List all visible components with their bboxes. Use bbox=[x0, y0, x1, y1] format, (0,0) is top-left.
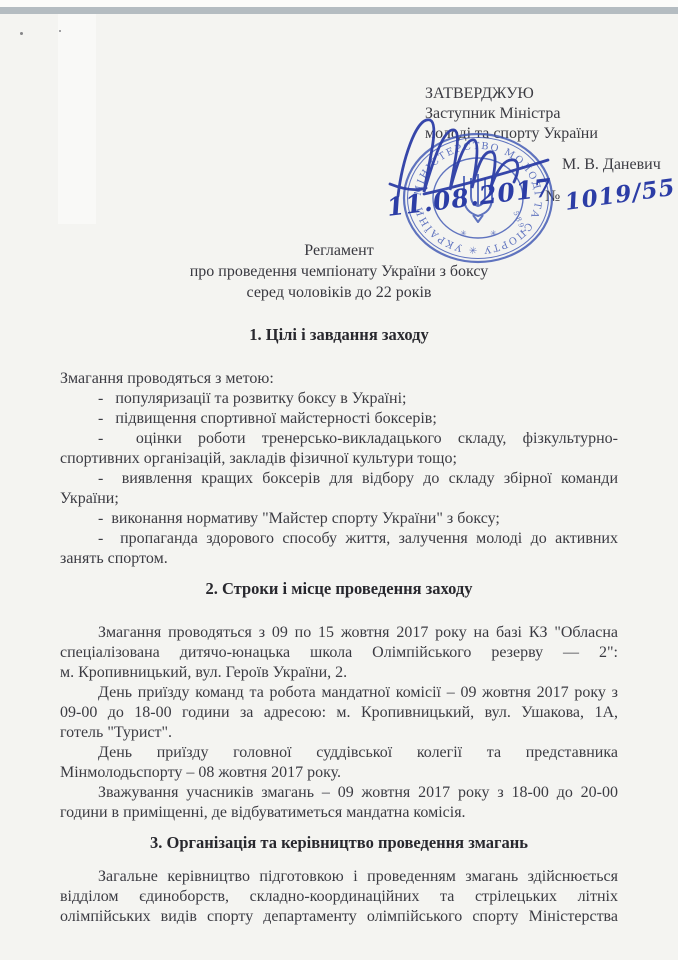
paragraph: Змагання проводяться з метою: bbox=[60, 369, 618, 389]
staple-speck bbox=[59, 30, 61, 32]
paragraph: - оцінки роботи тренерсько-викладацького… bbox=[60, 429, 618, 469]
text-line: - виявлення кращих боксерів для відбору … bbox=[60, 469, 618, 489]
text-line: - пропаганда здорового способу життя, за… bbox=[60, 529, 618, 549]
title-line: про проведення чемпіонату України з бокс… bbox=[60, 261, 618, 282]
paragraph: Зважування учасників змагань – 09 жовтня… bbox=[60, 783, 618, 823]
text-line: години в приміщенні, де відбуватиметься … bbox=[60, 803, 618, 823]
paragraph: - пропаганда здорового способу життя, за… bbox=[60, 529, 618, 569]
paragraph: Загальне керівництво підготовкою і прове… bbox=[60, 867, 618, 927]
scan-edge-gray-band bbox=[0, 7, 678, 14]
section-body: Змагання проводяться з метою:- популяриз… bbox=[60, 369, 618, 569]
stamp-separator-asterisk: ✳ bbox=[460, 229, 467, 238]
paragraph: Змагання проводяться з 09 по 15 жовтня 2… bbox=[60, 623, 618, 683]
section-body: Загальне керівництво підготовкою і прове… bbox=[60, 867, 618, 927]
text-line: занять спортом. bbox=[60, 549, 618, 569]
text-line: готель "Турист". bbox=[60, 723, 618, 743]
text-line: День приїзду головної суддівської колегі… bbox=[60, 743, 618, 763]
section-heading: 1. Цілі і завдання заходу bbox=[60, 325, 618, 345]
paragraph: - виявлення кращих боксерів для відбору … bbox=[60, 469, 618, 509]
title-line: Регламент bbox=[60, 240, 618, 261]
text-line: Мінмолодьспорту – 08 жовтня 2017 року. bbox=[60, 763, 618, 783]
document-section: 2. Строки і місце проведення заходу Змаг… bbox=[60, 579, 618, 823]
paragraph: - підвищення спортивної майстерності бок… bbox=[60, 409, 618, 429]
paragraph: - виконання нормативу "Майстер спорту Ук… bbox=[60, 509, 618, 529]
text-line: відділом єдиноборств, складно-координаці… bbox=[60, 887, 618, 907]
text-line: спортивних організацій, закладів фізично… bbox=[60, 449, 618, 469]
text-line: - оцінки роботи тренерсько-викладацького… bbox=[60, 429, 618, 449]
document-section: 1. Цілі і завдання заходу Змагання прово… bbox=[60, 325, 618, 569]
document-section: 3. Організація та керівництво проведення… bbox=[60, 833, 618, 927]
text-line: Змагання проводяться з 09 по 15 жовтня 2… bbox=[60, 623, 618, 643]
text-line: - популяризації та розвитку боксу в Укра… bbox=[60, 389, 618, 409]
text-line: 09-00 до 18-00 години за адресою: м. Кро… bbox=[60, 703, 618, 723]
scan-light-strip bbox=[58, 14, 96, 224]
staple-speck bbox=[20, 32, 23, 35]
paragraph: День приїзду головної суддівської колегі… bbox=[60, 743, 618, 783]
section-heading: 2. Строки і місце проведення заходу bbox=[60, 579, 618, 599]
section-body: Змагання проводяться з 09 по 15 жовтня 2… bbox=[60, 623, 618, 823]
handwritten-number: 1019/55 bbox=[563, 174, 677, 216]
stamp-separator-asterisk: ✳ bbox=[490, 229, 497, 238]
paragraph: День приїзду команд та робота мандатної … bbox=[60, 683, 618, 743]
text-line: Змагання проводяться з метою: bbox=[60, 369, 618, 389]
signature-ink: 11.08.2017 1019/55 bbox=[380, 100, 678, 230]
text-line: День приїзду команд та робота мандатної … bbox=[60, 683, 618, 703]
text-line: - виконання нормативу "Майстер спорту Ук… bbox=[60, 509, 618, 529]
section-heading: 3. Організація та керівництво проведення… bbox=[60, 833, 618, 853]
paragraph: - популяризації та розвитку боксу в Укра… bbox=[60, 389, 618, 409]
text-line: м. Кропивницький, вул. Героїв України, 2… bbox=[60, 663, 618, 683]
text-line: Загальне керівництво підготовкою і прове… bbox=[60, 867, 618, 887]
text-line: - підвищення спортивної майстерності бок… bbox=[60, 409, 618, 429]
document-body: Регламент про проведення чемпіонату Укра… bbox=[60, 240, 618, 927]
scan-edge-white bbox=[0, 0, 678, 7]
document-title: Регламент про проведення чемпіонату Укра… bbox=[60, 240, 618, 303]
text-line: України; bbox=[60, 489, 618, 509]
sections-container: 1. Цілі і завдання заходу Змагання прово… bbox=[60, 325, 618, 927]
text-line: спеціалізована дитячо-юнацька школа Олім… bbox=[60, 643, 618, 663]
text-line: Зважування учасників змагань – 09 жовтня… bbox=[60, 783, 618, 803]
text-line: олімпійських видів спорту департаменту о… bbox=[60, 907, 618, 927]
title-line: серед чоловіків до 22 років bbox=[60, 282, 618, 303]
handwritten-date: 11.08.2017 bbox=[385, 173, 554, 222]
